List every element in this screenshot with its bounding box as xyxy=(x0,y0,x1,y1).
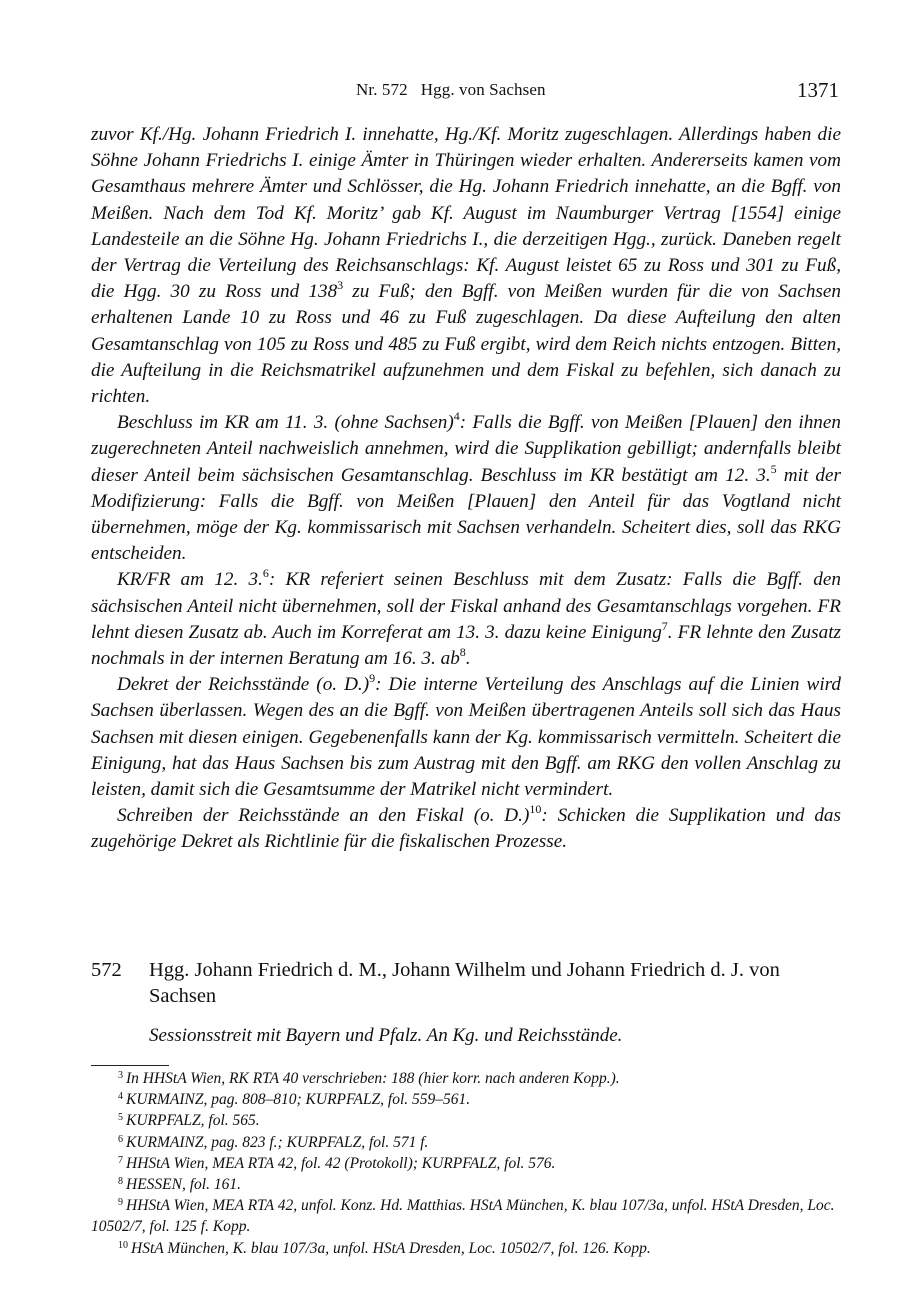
entry-title: Hgg. Johann Friedrich d. M., Johann Wilh… xyxy=(149,957,841,1009)
page-number: 1371 xyxy=(797,78,839,103)
footnote-ref-10[interactable]: 10 xyxy=(529,802,541,816)
entry-heading: 572 Hgg. Johann Friedrich d. M., Johann … xyxy=(91,957,841,1009)
paragraph-letter-to-fiscal: Schreiben der Reichsstände an den Fiskal… xyxy=(91,803,841,855)
footnote-10: 10HStA München, K. blau 107/3a, unfol. H… xyxy=(91,1238,841,1259)
footnote-7: 7HHStA Wien, MEA RTA 42, fol. 42 (Protok… xyxy=(91,1153,841,1174)
paragraph-decree: Dekret der Reichsstände (o. D.)9: Die in… xyxy=(91,672,841,803)
footnote-9: 9HHStA Wien, MEA RTA 42, unfol. Konz. Hd… xyxy=(91,1195,841,1237)
paragraph-kr-fr-deliberation: KR/FR am 12. 3.6: KR referiert seinen Be… xyxy=(91,567,841,672)
entry-subtitle: Sessionsstreit mit Bayern und Pfalz. An … xyxy=(149,1025,841,1047)
paragraph-supplication-summary: zuvor Kf./Hg. Johann Friedrich I. inneha… xyxy=(91,122,841,410)
paragraph-kr-resolution: Beschluss im KR am 11. 3. (ohne Sachsen)… xyxy=(91,410,841,567)
footnote-separator xyxy=(91,1065,169,1066)
footnote-8: 8HESSEN, fol. 161. xyxy=(91,1174,841,1195)
entry-number: 572 xyxy=(91,957,149,1009)
document-entry: 572 Hgg. Johann Friedrich d. M., Johann … xyxy=(91,957,841,1047)
footnote-3: 3In HHStA Wien, RK RTA 40 verschrieben: … xyxy=(91,1068,841,1089)
footnote-4: 4KURMAINZ, pag. 808–810; KURPFALZ, fol. … xyxy=(91,1089,841,1110)
footnote-6: 6KURMAINZ, pag. 823 f.; KURPFALZ, fol. 5… xyxy=(91,1132,841,1153)
body-text: zuvor Kf./Hg. Johann Friedrich I. inneha… xyxy=(91,122,841,856)
running-head-title: Nr. 572 Hgg. von Sachsen xyxy=(356,80,546,100)
footnotes: 3In HHStA Wien, RK RTA 40 verschrieben: … xyxy=(91,1068,841,1259)
running-head: Nr. 572 Hgg. von Sachsen 1371 xyxy=(91,80,841,104)
footnote-5: 5KURPFALZ, fol. 565. xyxy=(91,1110,841,1131)
